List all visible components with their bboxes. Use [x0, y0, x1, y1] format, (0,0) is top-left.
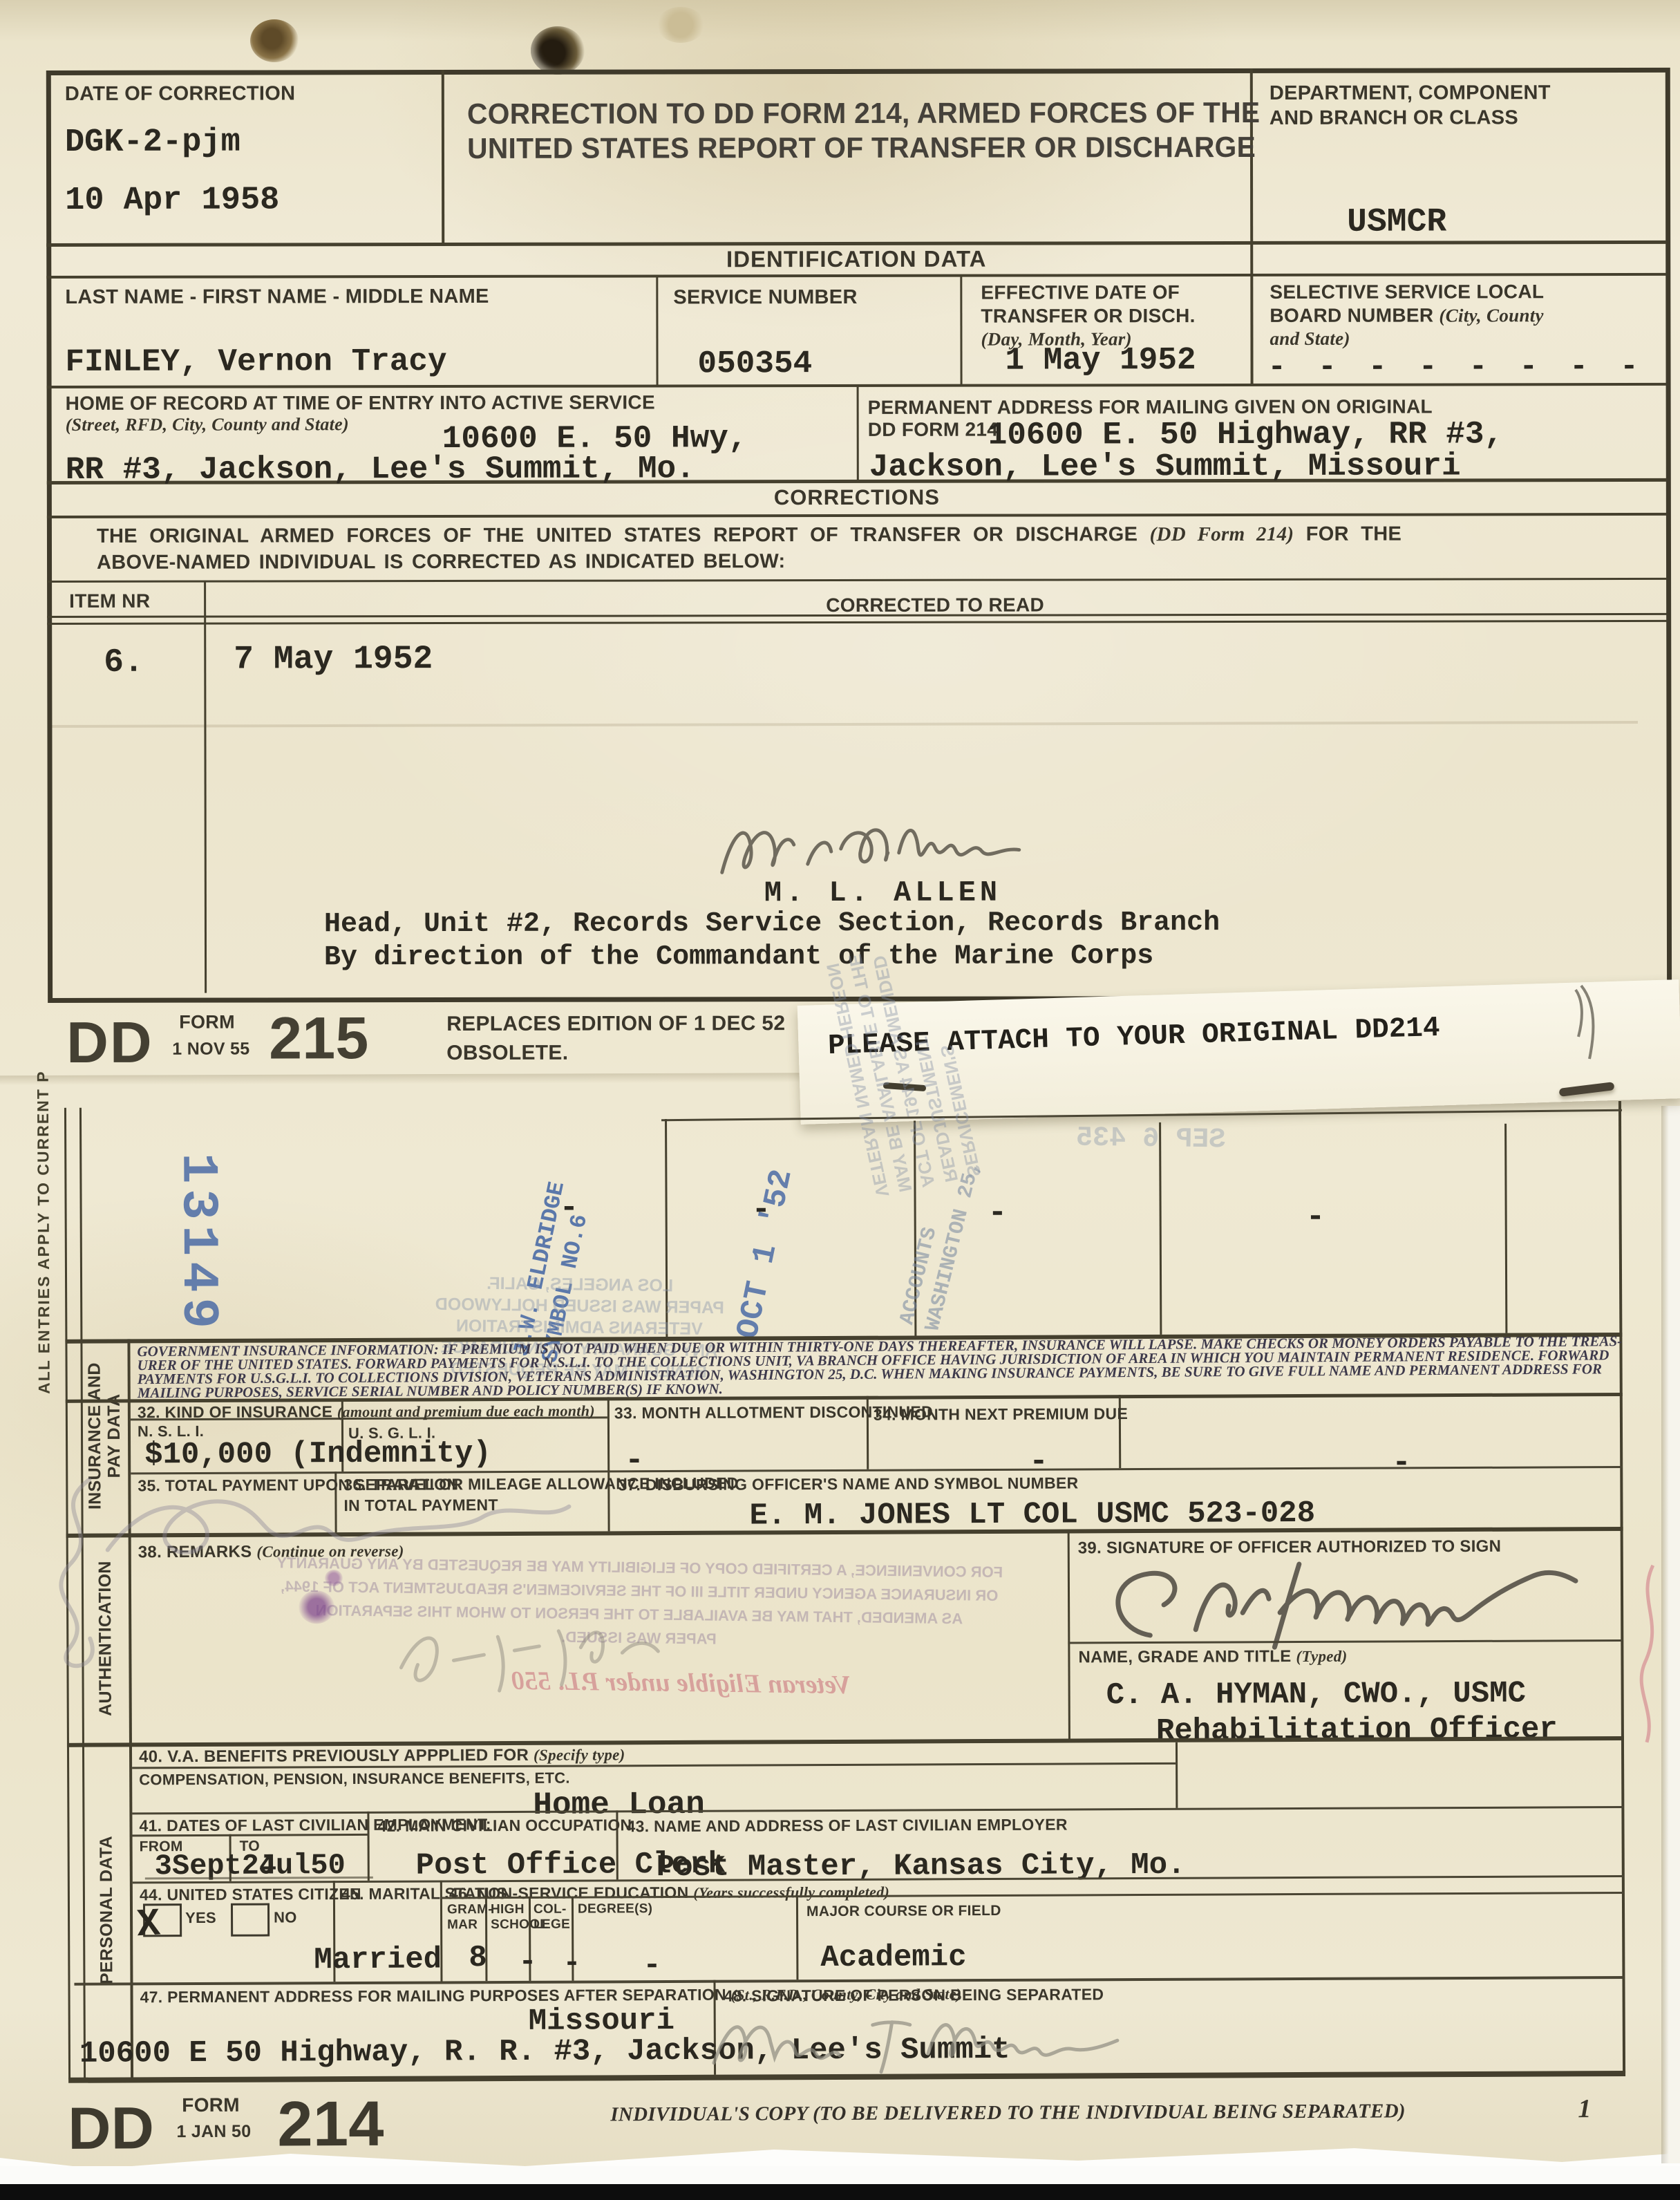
upper-dash: - — [751, 1192, 771, 1228]
pencil-note-scrawl — [387, 1611, 678, 1709]
form-rule — [127, 1339, 133, 2079]
margin-note: ALL ENTRIES APPLY TO CURRENT P — [34, 1082, 54, 1394]
dd214-form: ALL ENTRIES APPLY TO CURRENT P 13149 J.W… — [0, 0, 1680, 2200]
dd214-footer-page-number: 1 — [1578, 2094, 1592, 2124]
yes-label: YES — [185, 1909, 216, 1927]
employer-label: 43. NAME AND ADDRESS OF LAST CIVILIAN EM… — [626, 1815, 1067, 1836]
officer-typed-title: Rehabilitation Officer — [1156, 1712, 1558, 1749]
ink-blob — [299, 1590, 334, 1624]
officer-typed-name: C. A. HYMAN, CWO., USMC — [1106, 1677, 1527, 1713]
occupation-label: 42. MAIN CIVILIAN OCCUPATION — [377, 1816, 632, 1836]
highschool-value: - — [518, 1945, 537, 1980]
scanned-document: DATE OF CORRECTION DGK-2-pjm 10 Apr 1958… — [0, 0, 1680, 2200]
major-col-label: MAJOR COURSE OR FIELD — [806, 1903, 1001, 1920]
va-benefits-line2: COMPENSATION, PENSION, INSURANCE BENEFIT… — [139, 1769, 570, 1789]
form-rule — [1068, 1529, 1070, 1738]
degrees-value: - — [643, 1948, 661, 1983]
pencil-scrawl — [96, 1467, 581, 1572]
bleed-date-stamp: SEP 6 435 — [1076, 1123, 1226, 1156]
citizen-yes-mark: X — [135, 1901, 161, 1947]
grammar-col-label: GRAM-MAR — [447, 1902, 493, 1933]
month-premium-value: - — [1392, 1445, 1411, 1480]
insurance-info-paragraph: GOVERNMENT INSURANCE INFORMATION: IF PRE… — [137, 1334, 1616, 1400]
upper-dash: - — [988, 1195, 1008, 1231]
dd214-footer-edition: 1 JAN 50 — [176, 2122, 251, 2142]
dd214-footer-dd: DD — [68, 2094, 154, 2163]
form-rule — [132, 1806, 1623, 1814]
pink-margin-mark — [1625, 1559, 1674, 1759]
kind-of-insurance-label: 32. KIND OF INSURANCE (amount and premiu… — [138, 1401, 595, 1422]
va-benefits-label: 40. V.A. BENEFITS PREVIOUSLY APPPLIED FO… — [139, 1745, 625, 1767]
serial-stamp: 13149 — [168, 1153, 227, 1334]
name-grade-title-label: NAME, GRADE AND TITLE (Typed) — [1078, 1647, 1347, 1668]
form-rule — [74, 1976, 1624, 1986]
degrees-col-label: DEGREE(S) — [578, 1901, 652, 1917]
bleed-text-block-2: SERVICEMEN'S READJUSTMENT ACT OF 1944 AS… — [819, 931, 987, 1199]
form-rule — [661, 1109, 1622, 1122]
form-rule — [1504, 1124, 1507, 1333]
dd214-footer-form: FORM — [182, 2094, 240, 2116]
form-rule — [796, 1895, 799, 1980]
marital-status-value: Married — [314, 1942, 442, 1977]
dd214-footer-number: 214 — [277, 2088, 384, 2161]
no-label: NO — [274, 1908, 297, 1926]
ink-blob — [325, 1570, 343, 1586]
upper-dash: - — [559, 1190, 578, 1226]
scan-edge-bar — [0, 2184, 1680, 2200]
disbursing-officer-value: E. M. JONES LT COL USMC 523-028 — [749, 1496, 1315, 1534]
form-rule — [133, 1834, 369, 1836]
month-premium-label: 34. MONTH NEXT PREMIUM DUE — [874, 1404, 1128, 1425]
form-rule — [607, 1397, 610, 1531]
grammar-value: 8 — [469, 1941, 487, 1975]
college-value: - — [563, 1946, 581, 1981]
education-label: 46. NON-SERVICE EDUCATION (Years success… — [449, 1883, 889, 1903]
disbursing-officer-label: 37. DISBURSING OFFICER'S NAME AND SYMBOL… — [618, 1474, 1078, 1494]
major-value: Academic — [820, 1940, 966, 1975]
pencil-scrawl — [6, 1468, 131, 1683]
citizen-label: 44. UNITED STATES CITIZEN — [140, 1885, 361, 1904]
upper-dash: - — [1306, 1199, 1325, 1235]
college-col-label: COL-LEGE — [534, 1902, 570, 1933]
form-rule — [1176, 1742, 1178, 1808]
section-personal-data: PERSONAL DATA — [96, 1747, 117, 2074]
dd214-footer-copy-text: INDIVIDUAL'S COPY (TO BE DELIVERED TO TH… — [610, 2100, 1406, 2126]
usgli-value: - — [625, 1442, 644, 1478]
no-checkbox — [231, 1903, 270, 1937]
hyman-signature — [1092, 1545, 1632, 1664]
